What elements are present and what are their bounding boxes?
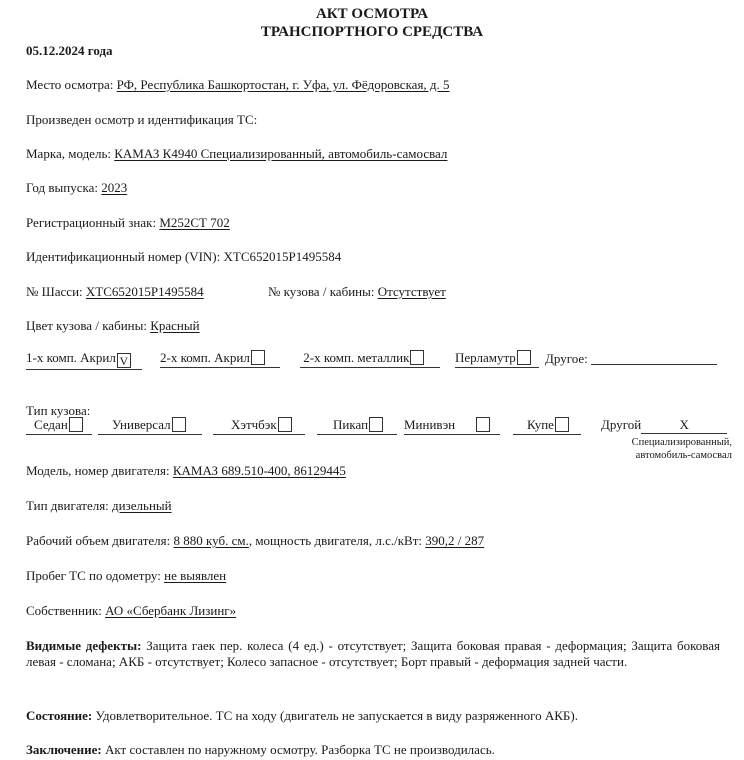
odometer-value: не выявлен bbox=[164, 568, 226, 583]
paint-option-4: Перламутр bbox=[455, 350, 539, 368]
conclusion-row: Заключение: Акт составлен по наружному о… bbox=[26, 742, 495, 758]
color-row: Цвет кузова / кабины: Красный bbox=[26, 318, 200, 334]
condition-label: Состояние: bbox=[26, 708, 92, 723]
place-row: Место осмотра: РФ, Республика Башкортост… bbox=[26, 77, 450, 93]
owner-value: АО «Сбербанк Лизинг» bbox=[105, 603, 236, 618]
body-option-other: ДругойX bbox=[601, 417, 727, 434]
paint-other-label: Другое: bbox=[545, 351, 588, 366]
vin-row: Идентификационный номер (VIN): XTC652015… bbox=[26, 249, 341, 265]
paint-checkbox[interactable] bbox=[410, 350, 424, 365]
body-checkbox[interactable] bbox=[69, 417, 83, 432]
engine-type-row: Тип двигателя: дизельный bbox=[26, 498, 172, 514]
color-value: Красный bbox=[150, 318, 199, 333]
make-value: КАМАЗ К4940 Специализированный, автомоби… bbox=[114, 146, 447, 161]
body-number-row: № кузова / кабины: Отсутствует bbox=[268, 284, 446, 300]
owner-label: Собственник: bbox=[26, 603, 102, 618]
year-value: 2023 bbox=[101, 180, 127, 195]
engine-power-label: , мощность двигателя, л.с./кВт: bbox=[249, 533, 422, 548]
engine-volume-value: 8 880 куб. см. bbox=[174, 533, 249, 548]
body-other-note-line1: Специализированный, bbox=[632, 436, 732, 449]
reg-value: М252СТ 702 bbox=[159, 215, 229, 230]
paint-option-label: 2-х комп. металлик bbox=[300, 350, 440, 368]
body-option-wagon: Универсал bbox=[98, 417, 202, 435]
paint-checkbox[interactable] bbox=[517, 350, 531, 365]
condition-row: Состояние: Удовлетворительное. ТС на ход… bbox=[26, 708, 578, 724]
body-checkbox[interactable] bbox=[369, 417, 383, 432]
paint-checkbox[interactable] bbox=[251, 350, 265, 365]
body-checkbox[interactable] bbox=[172, 417, 186, 432]
engine-volume-row: Рабочий объем двигателя: 8 880 куб. см.,… bbox=[26, 533, 484, 549]
engine-volume-label: Рабочий объем двигателя: bbox=[26, 533, 170, 548]
defects-paragraph: Видимые дефекты: Защита гаек пер. колеса… bbox=[26, 638, 720, 670]
document-title-line1: АКТ ОСМОТРА bbox=[0, 5, 744, 23]
vin-label: Идентификационный номер (VIN): bbox=[26, 249, 220, 264]
color-label: Цвет кузова / кабины: bbox=[26, 318, 147, 333]
document-title-line2: ТРАНСПОРТНОГО СРЕДСТВА bbox=[0, 23, 744, 41]
vin-value: XTC652015P1495584 bbox=[224, 249, 342, 264]
body-checkbox[interactable] bbox=[278, 417, 292, 432]
body-option-pickup: Пикап bbox=[317, 417, 397, 435]
engine-model-value: КАМАЗ 689.510-400, 86129445 bbox=[173, 463, 346, 478]
odometer-row: Пробег ТС по одометру: не выявлен bbox=[26, 568, 226, 584]
place-label: Место осмотра: bbox=[26, 77, 113, 92]
body-checkbox[interactable] bbox=[476, 417, 490, 432]
body-checkbox[interactable] bbox=[555, 417, 569, 432]
body-other-note-line2: автомобиль-самосвал bbox=[636, 449, 732, 462]
engine-type-value: дизельный bbox=[112, 498, 172, 513]
document-date: 05.12.2024 года bbox=[26, 43, 113, 59]
year-label: Год выпуска: bbox=[26, 180, 98, 195]
engine-model-label: Модель, номер двигателя: bbox=[26, 463, 170, 478]
body-other-label: Другой bbox=[601, 417, 641, 432]
body-option-coupe: Купе bbox=[513, 417, 581, 435]
body-option-hatchback: Хэтчбэк bbox=[213, 417, 305, 435]
paint-option-label: Перламутр bbox=[455, 350, 539, 368]
paint-other-field[interactable] bbox=[591, 350, 717, 365]
defects-label: Видимые дефекты: bbox=[26, 638, 141, 653]
body-option-minivan: Минивэн bbox=[404, 417, 500, 435]
owner-row: Собственник: АО «Сбербанк Лизинг» bbox=[26, 603, 236, 619]
body-option-sedan: Седан bbox=[26, 417, 92, 435]
odometer-label: Пробег ТС по одометру: bbox=[26, 568, 161, 583]
conclusion-label: Заключение: bbox=[26, 742, 102, 757]
engine-model-row: Модель, номер двигателя: КАМАЗ 689.510-4… bbox=[26, 463, 346, 479]
paint-checkbox[interactable]: V bbox=[117, 353, 131, 368]
paint-option-2: 2-х комп. Акрил bbox=[160, 350, 280, 368]
make-label: Марка, модель: bbox=[26, 146, 111, 161]
condition-text: Удовлетворительное. ТС на ходу (двигател… bbox=[96, 708, 578, 723]
make-row: Марка, модель: КАМАЗ К4940 Специализиров… bbox=[26, 146, 447, 162]
place-value: РФ, Республика Башкортостан, г. Уфа, ул.… bbox=[117, 77, 450, 92]
paint-option-label: 2-х комп. Акрил bbox=[160, 350, 280, 368]
chassis-label: № Шасси: bbox=[26, 284, 83, 299]
year-row: Год выпуска: 2023 bbox=[26, 180, 127, 196]
body-number-value: Отсутствует bbox=[378, 284, 446, 299]
engine-type-label: Тип двигателя: bbox=[26, 498, 109, 513]
engine-power-value: 390,2 / 287 bbox=[425, 533, 484, 548]
chassis-row: № Шасси: XTC652015P1495584 bbox=[26, 284, 204, 300]
body-other-mark[interactable]: X bbox=[641, 417, 727, 434]
paint-option-3: 2-х комп. металлик bbox=[300, 350, 440, 368]
conclusion-text: Акт составлен по наружному осмотру. Разб… bbox=[105, 742, 495, 757]
paint-option-label: 1-х комп. АкрилV bbox=[26, 350, 142, 370]
paint-option-1: 1-х комп. АкрилV bbox=[26, 350, 142, 370]
inspection-text: Произведен осмотр и идентификация ТС: bbox=[26, 112, 257, 128]
paint-other: Другое: bbox=[545, 350, 717, 367]
chassis-value: XTC652015P1495584 bbox=[86, 284, 204, 299]
reg-label: Регистрационный знак: bbox=[26, 215, 156, 230]
body-number-label: № кузова / кабины: bbox=[268, 284, 374, 299]
reg-row: Регистрационный знак: М252СТ 702 bbox=[26, 215, 230, 231]
